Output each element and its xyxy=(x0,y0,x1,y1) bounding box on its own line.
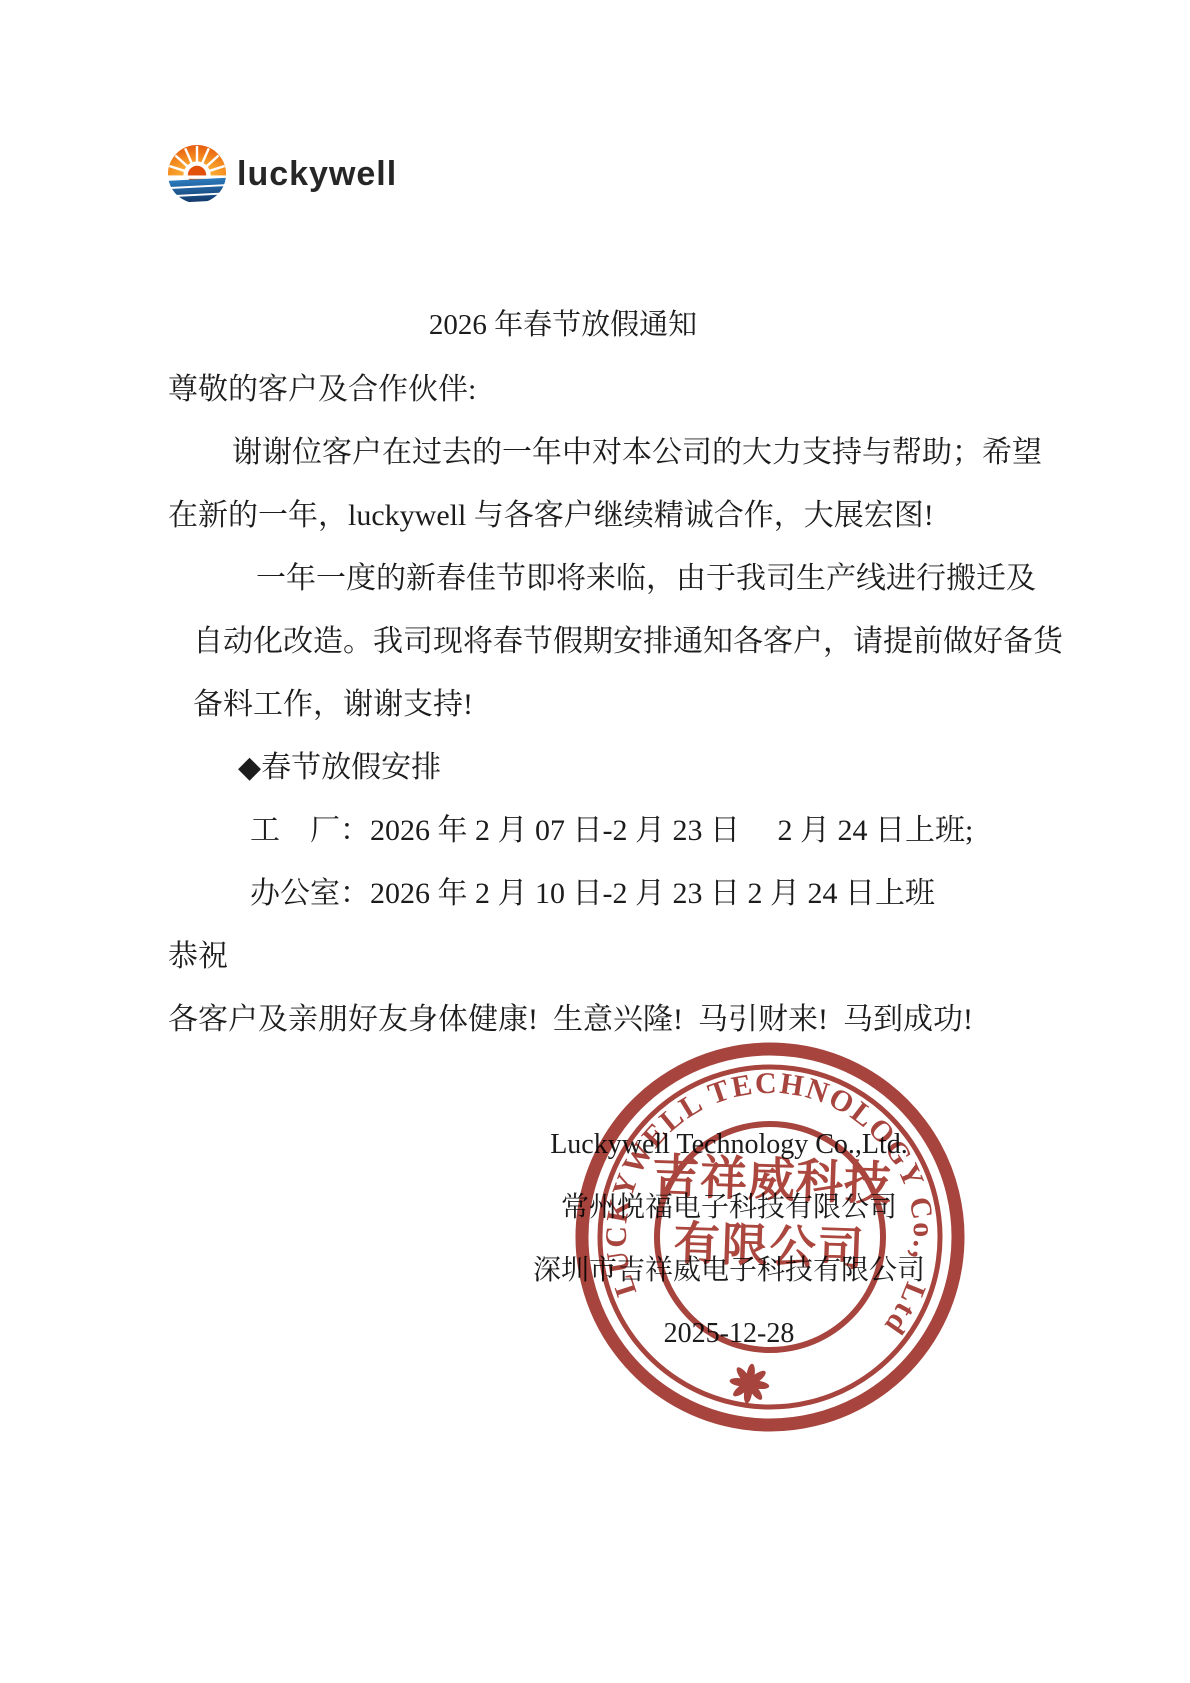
body-line: 一年一度的新春佳节即将来临，由于我司生产线进行搬迁及 xyxy=(168,547,1068,610)
factory-schedule-line: 工 厂：2026 年 2 月 07 日-2 月 23 日 2 月 24 日上班; xyxy=(168,799,1068,862)
salutation-line: 尊敬的客户及合作伙伴: xyxy=(168,358,1068,421)
wish-line: 恭祝 xyxy=(168,925,1068,988)
signature-block: Luckywell Technology Co.,Ltd. 常州悦福电子科技有限… xyxy=(420,1113,1038,1365)
wish-line: 各客户及亲朋好友身体健康! 生意兴隆! 马引财来! 马到成功! xyxy=(168,988,1068,1051)
signature-date: 2025-12-28 xyxy=(420,1302,1038,1365)
document-body: 尊敬的客户及合作伙伴: 谢谢位客户在过去的一年中对本公司的大力支持与帮助；希望 … xyxy=(168,358,1068,1051)
body-line: 备料工作，谢谢支持! xyxy=(168,673,1068,736)
body-line: 在新的一年，luckywell 与各客户继续精诚合作，大展宏图! xyxy=(168,484,1068,547)
body-line: 谢谢位客户在过去的一年中对本公司的大力支持与帮助；希望 xyxy=(168,421,1068,484)
signature-company-cn-1: 常州悦福电子科技有限公司 xyxy=(420,1176,1038,1239)
logo-text: luckywell xyxy=(237,155,397,194)
asterisk-icon xyxy=(727,1361,772,1406)
company-logo: luckywell xyxy=(166,143,397,205)
signature-company-en: Luckywell Technology Co.,Ltd. xyxy=(420,1113,1038,1176)
document-title: 2026 年春节放假通知 xyxy=(168,295,958,355)
office-schedule-line: 办公室：2026 年 2 月 10 日-2 月 23 日 2 月 24 日上班 xyxy=(168,862,1068,925)
sun-over-waves-icon xyxy=(166,143,228,205)
signature-company-cn-2: 深圳市吉祥威电子科技有限公司 xyxy=(420,1239,1038,1302)
body-line: 自动化改造。我司现将春节假期安排通知各客户，请提前做好备货 xyxy=(168,610,1068,673)
document-page: luckywell 2026 年春节放假通知 尊敬的客户及合作伙伴: 谢谢位客户… xyxy=(0,0,1190,1683)
holiday-schedule-heading: ◆春节放假安排 xyxy=(168,736,1068,799)
